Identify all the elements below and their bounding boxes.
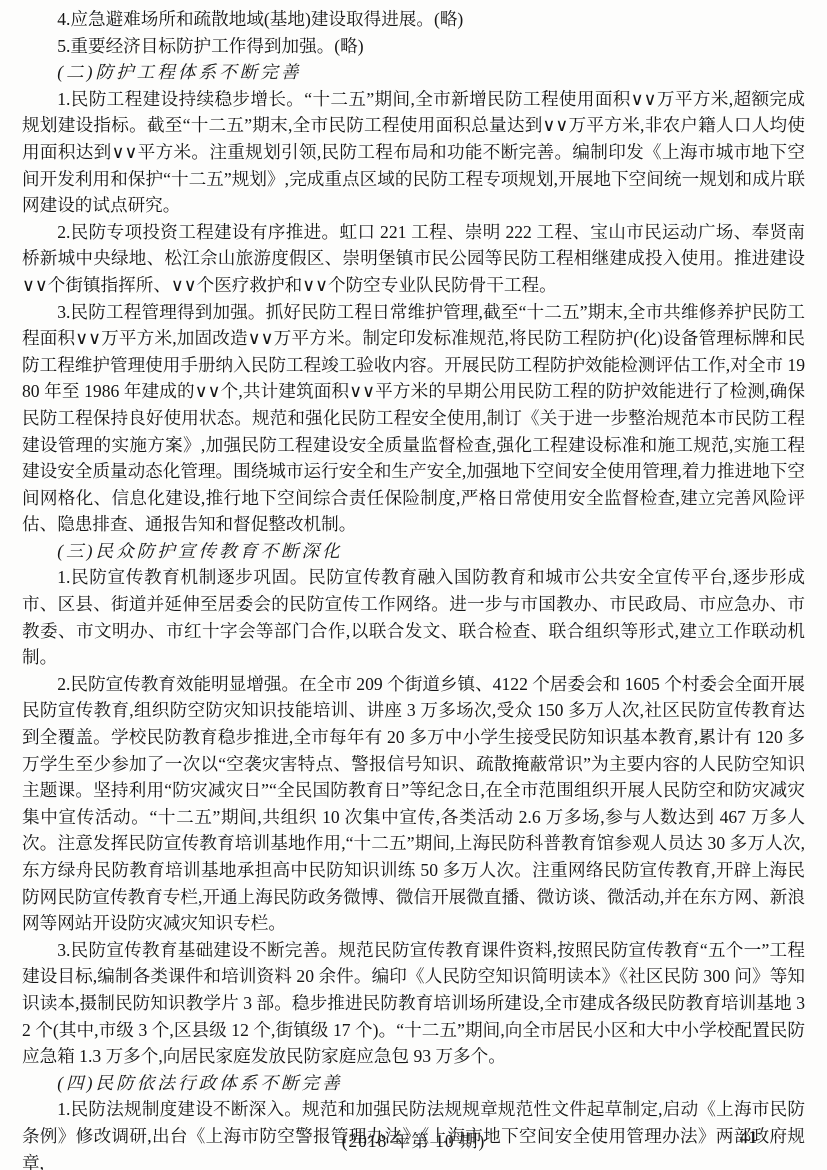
- body-paragraph: 3.民防工程管理得到加强。抓好民防工程日常维护管理,截至“十二五”期末,全市共维…: [22, 299, 805, 538]
- document-page: 4.应急避难场所和疏散地域(基地)建设取得进展。(略)5.重要经济目标防护工作得…: [0, 0, 827, 1170]
- footer-issue-label: (2018 年第 10 期): [22, 1128, 805, 1155]
- body-paragraph: 2.民防宣传教育效能明显增强。在全市 209 个街道乡镇、4122 个居委会和 …: [22, 671, 805, 937]
- document-body: 4.应急避难场所和疏散地域(基地)建设取得进展。(略)5.重要经济目标防护工作得…: [22, 6, 805, 1170]
- body-paragraph: 5.重要经济目标防护工作得到加强。(略): [22, 33, 805, 60]
- footer-page-number: 41: [740, 1124, 758, 1151]
- section-heading: (二)防护工程体系不断完善: [22, 59, 805, 86]
- section-heading: (四)民防依法行政体系不断完善: [22, 1070, 805, 1097]
- body-paragraph: 1.民防宣传教育机制逐步巩固。民防宣传教育融入国防教育和城市公共安全宣传平台,逐…: [22, 564, 805, 670]
- body-paragraph: 4.应急避难场所和疏散地域(基地)建设取得进展。(略): [22, 6, 805, 33]
- body-paragraph: 3.民防宣传教育基础建设不断完善。规范民防宣传教育课件资料,按照民防宣传教育“五…: [22, 937, 805, 1070]
- body-paragraph: 2.民防专项投资工程建设有序推进。虹口 221 工程、崇明 222 工程、宝山市…: [22, 219, 805, 299]
- section-heading: (三)民众防护宣传教育不断深化: [22, 538, 805, 565]
- body-paragraph: 1.民防工程建设持续稳步增长。“十二五”期间,全市新增民防工程使用面积∨∨万平方…: [22, 86, 805, 219]
- page-footer: (2018 年第 10 期) 41: [22, 1128, 805, 1155]
